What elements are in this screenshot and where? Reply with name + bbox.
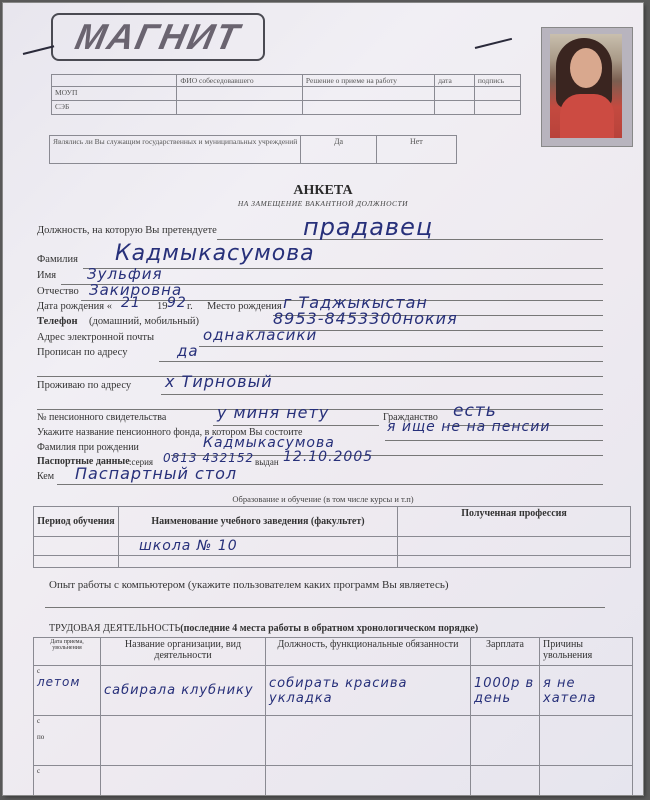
work-col-position: Должность, функциональные обязанности <box>266 638 471 666</box>
passport-issued-label: выдан <box>255 457 279 467</box>
education-col-period: Период обучения <box>34 507 119 537</box>
interview-col: подпись <box>474 75 520 87</box>
work-table: Дата приема, увольнения Название организ… <box>33 637 633 795</box>
work-cell-position[interactable] <box>266 766 471 796</box>
patronymic-label: Отчество <box>37 286 79 297</box>
pen-mark <box>475 38 512 49</box>
birth-surname-label: Фамилия при рождении <box>37 442 139 453</box>
work-cell-date[interactable]: с <box>34 766 101 796</box>
interview-col: ФИО собеседовавшего <box>177 75 303 87</box>
form-subtitle: НА ЗАМЕЩЕНИЕ ВАКАНТНОЙ ДОЛЖНОСТИ <box>3 199 643 208</box>
education-col-institution: Наименование учебного заведения (факульт… <box>119 507 398 537</box>
applicant-photo-frame <box>541 27 633 147</box>
interview-col: Решение о приеме на работу <box>302 75 434 87</box>
work-cell-salary[interactable] <box>471 716 540 766</box>
work-cell-reason[interactable] <box>540 716 633 766</box>
issued-by-label: Кем <box>37 471 54 482</box>
birth-place-label: Место рождения <box>207 301 282 312</box>
birth-year-prefix: 19 <box>157 301 168 312</box>
interview-row-label: МОУП <box>52 87 177 101</box>
work-cell-reason[interactable]: я не хатела <box>540 666 633 716</box>
work-label: ТРУДОВАЯ ДЕЯТЕЛЬНОСТЬ(последние 4 места … <box>49 623 478 634</box>
work-col-org: Название организации, вид деятельности <box>101 638 266 666</box>
work-row: с по <box>34 716 633 766</box>
position-value[interactable]: прадавец <box>303 213 433 241</box>
work-cell-org[interactable]: сабирала клубнику <box>101 666 266 716</box>
civil-service-no[interactable]: Нет <box>376 136 456 164</box>
pension-cert-label: № пенсионного свидетельства <box>37 412 166 423</box>
surname-label: Фамилия <box>37 254 78 265</box>
birth-day-value[interactable]: 21 <box>121 295 141 311</box>
interview-col: дата <box>435 75 475 87</box>
interview-table: ФИО собеседовавшего Решение о приеме на … <box>51 74 521 115</box>
phone-label-note: (домашний, мобильный) <box>89 316 199 327</box>
form-title: АНКЕТА <box>3 183 643 199</box>
citizenship-value[interactable]: есть <box>453 401 497 421</box>
passport-series-value[interactable]: 0813 432152 <box>163 451 254 465</box>
education-col-profession: Полученная профессия <box>398 507 631 537</box>
education-cell[interactable] <box>34 537 119 556</box>
work-cell-salary[interactable]: 1000р в день <box>471 666 540 716</box>
education-cell[interactable] <box>398 537 631 556</box>
work-cell-salary[interactable] <box>471 766 540 796</box>
interview-col <box>52 75 177 87</box>
birth-year-value[interactable]: 92 <box>167 295 187 311</box>
education-cell[interactable] <box>34 556 119 568</box>
work-row: с <box>34 766 633 796</box>
registered-value[interactable]: да <box>177 342 199 360</box>
applicant-photo <box>550 34 622 138</box>
pension-fund-value[interactable]: я ище не на пенсии <box>387 419 550 435</box>
work-col-date: Дата приема, увольнения <box>34 638 101 666</box>
work-cell-date[interactable]: с по <box>34 716 101 766</box>
magnit-logo: МАГНИТ <box>51 13 265 61</box>
birth-year-label: г. <box>187 301 193 312</box>
education-cell[interactable] <box>119 556 398 568</box>
computer-input-line[interactable] <box>45 607 605 608</box>
phone-label: Телефон <box>37 316 78 327</box>
computer-label: Опыт работы с компьютером (укажите польз… <box>49 579 449 591</box>
scanned-form: МАГНИТ ФИО собеседовавшего Решение о при… <box>3 3 643 795</box>
interview-row-label: СЭБ <box>52 101 177 115</box>
work-cell-org[interactable] <box>101 766 266 796</box>
education-caption: Образование и обучение (в том числе курс… <box>3 494 643 504</box>
pension-cert-value[interactable]: у миня нету <box>217 403 329 422</box>
position-label: Должность, на которую Вы претендуете <box>37 225 217 236</box>
work-cell-org[interactable] <box>101 716 266 766</box>
passport-issued-value[interactable]: 12.10.2005 <box>283 449 373 465</box>
pen-mark <box>23 45 55 55</box>
education-cell[interactable] <box>398 556 631 568</box>
work-row: с летом сабирала клубнику собирать краси… <box>34 666 633 716</box>
civil-service-table: Являлись ли Вы служащим государственных … <box>49 135 457 164</box>
birth-date-label: Дата рождения « <box>37 301 112 312</box>
surname-value[interactable]: Кадмыкасумова <box>115 241 315 266</box>
issued-by-value[interactable]: Паспартный стол <box>75 464 237 483</box>
work-cell-position[interactable]: собирать красива укладка <box>266 666 471 716</box>
residence-value[interactable]: х Тирновый <box>165 372 273 391</box>
civil-service-question: Являлись ли Вы служащим государственных … <box>50 136 301 164</box>
education-table: Период обучения Наименование учебного за… <box>33 506 631 568</box>
email-value[interactable]: однакласики <box>203 326 317 344</box>
work-cell-position[interactable] <box>266 716 471 766</box>
civil-service-yes[interactable]: Да <box>301 136 376 164</box>
work-col-reason: Причины увольнения <box>540 638 633 666</box>
email-label: Адрес электронной почты <box>37 332 154 343</box>
name-label: Имя <box>37 270 56 281</box>
residence-label: Проживаю по адресу <box>37 380 131 391</box>
logo-text: МАГНИТ <box>72 16 245 58</box>
work-cell-reason[interactable] <box>540 766 633 796</box>
registered-label: Прописан по адресу <box>37 347 127 358</box>
work-col-salary: Зарплата <box>471 638 540 666</box>
work-cell-date[interactable]: с летом <box>34 666 101 716</box>
education-cell[interactable]: школа № 10 <box>119 537 398 556</box>
